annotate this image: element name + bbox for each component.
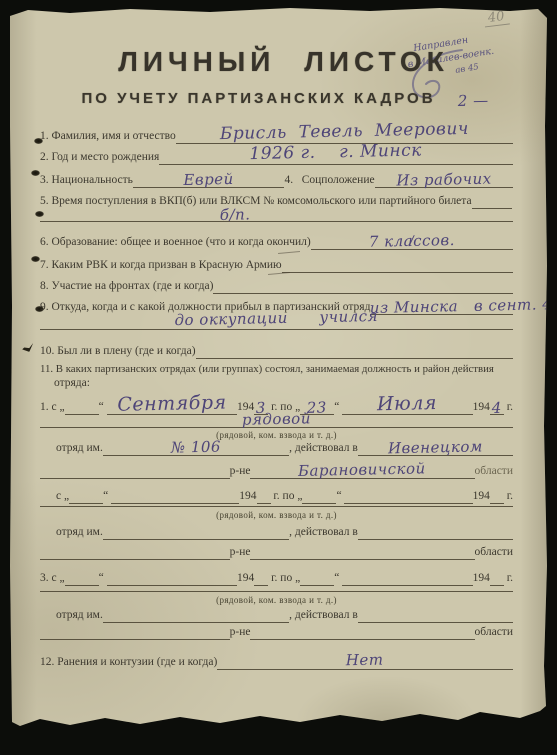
entry3-position [182,590,371,594]
field-social-value: Из рабочих [374,170,513,190]
field-social-line: Из рабочих [375,167,513,188]
field-fronts-label: 8. Участие на фронтах (где и когда) [40,280,213,294]
entry3-unit-row: отряд им. , действовал в [56,607,513,623]
entry1-district: Барановичской [250,459,474,481]
entry2-position-caption: (рядовой, ком. взвода и т. д.) [40,510,513,520]
entry1-unit-line: № 106 [103,437,289,456]
pencil-check-mark [21,343,34,353]
field-surname-label: 1. Фамилия, имя и отчество [40,130,176,144]
entry1-district-lead-line [40,460,230,479]
entry2-district-row: р-не области [40,544,513,560]
print-deystvoval: , действовал в [289,609,358,623]
field-units-header: 11. В каких партизанских отрядах (или гр… [40,362,527,376]
print-rne: р-не [230,465,251,479]
field-nationality-value: Еврей [133,170,285,190]
field-arrival-row2: до оккупации учился [40,312,513,330]
field-fronts-line [213,275,513,294]
entry2-district [250,557,474,562]
scanned-document-page: { "colors": { "paper": "#cdc7ac", "ink":… [0,0,557,755]
entry2-district-lead-line [40,543,230,560]
field-captivity-value [196,354,513,361]
field-captivity-label: 10. Был ли в плену (где и когда) [40,345,196,359]
field-rvk-line [282,254,513,273]
entry1-unit-row: отряд им. № 106 , действовал в Ивенецком [56,438,513,456]
entry3-district-line [250,625,474,640]
punch-hole [31,256,40,262]
entry2-district-line [250,543,474,560]
field-nationality-label: 3. Национальность [40,174,133,188]
print-oblasti: области [475,546,513,560]
field-education-row: 6. Образование: общее и военное (что и к… [40,232,513,250]
entry3-position-caption: (рядовой, ком. взвода и т. д.) [40,595,513,605]
entry1-position: рядовой [182,409,372,430]
entry1-position-row: рядовой [40,414,513,428]
field-units-header2: отряда: [54,377,513,391]
entry3-position-row [40,578,513,592]
entry1-region-line: Ивенецком [358,437,513,456]
field-education-label: 6. Образование: общее и военное (что и к… [40,236,311,250]
page-title: ЛИЧНЫЙ ЛИСТОК [10,46,547,78]
punch-hole [31,170,40,176]
entry1-unit: № 106 [102,437,289,458]
field-education-stray-mark: / [310,233,513,252]
field-wounds-value: Нет [217,649,513,672]
entry2-position [182,505,371,509]
entry1-district-line: Барановичской [250,460,474,479]
entry1-day1-line [65,390,99,415]
print-deystvoval: , действовал в [289,526,358,540]
field-birth-row: 2. Год и место рождения 1926 г. г. Минск [40,145,513,165]
print-otryad: отряд им. [56,526,103,540]
field-units-label2: отряда: [54,377,90,391]
entry2-unit-line [103,521,289,540]
entry1-year2-line: 4 [490,390,504,415]
field-education-line: 7 классов. / [311,231,513,250]
entry3-unit-line [103,606,289,623]
field-wounds-row: 12. Ранения и контузии (где и когда) Нет [40,652,513,670]
field-fronts-row: 8. Участие на фронтах (где и когда) [40,276,513,294]
print-deystvoval: , действовал в [289,442,358,456]
entry2-position-row [40,493,513,507]
print-rne: р-не [230,626,251,640]
entry2-region [358,539,513,542]
field-captivity-line [196,340,513,359]
field-arrival-line2: до оккупации учился [40,311,513,330]
print-otryad: отряд им. [56,442,103,456]
field-units-label: 11. В каких партизанских отрядах (или гр… [40,363,494,376]
entry2-unit [103,538,289,542]
entry1-position-line: рядовой [40,413,513,428]
entry2-unit-row: отряд им. , действовал в [56,522,513,540]
field-captivity-row: 10. Был ли в плену (где и когда) [40,341,513,359]
field-birth-value: 1926 г. г. Минск [159,140,513,167]
print-oblasti: области [475,626,513,640]
entry3-district [250,637,474,642]
field-rvk-row: 7. Каким РВК и когда призван в Красную А… [40,255,513,273]
field-party-value: б/п. [219,206,250,224]
field-birth-label: 2. Год и место рождения [40,151,159,165]
field-party-line2: б/п. [40,203,513,222]
field-nationality-line: Еврей [133,167,285,188]
handwritten-subtitle-mark: 2 — [458,91,489,110]
entry3-position-line [40,577,513,592]
field-party-row2: б/п. [40,204,513,222]
entry2-region-line [358,521,513,540]
paper-sheet: 40 Направлен в Могилев-военк. ав 45 ЛИЧН… [10,6,547,743]
field-wounds-line: Нет [217,651,513,670]
field-wounds-label: 12. Ранения и контузии (где и когда) [40,656,217,670]
entry1-district-row: р-не Барановичской области [40,461,513,479]
entry3-district-row: р-не области [40,626,513,640]
field-birth-line: 1926 г. г. Минск [159,144,513,165]
pencil-page-number: 40 [483,9,509,28]
field-social-label: 4. Соцположение [284,174,374,188]
field-nationality-row: 3. Национальность Еврей 4. Соцположение … [40,168,513,188]
print-otryad: отряд им. [56,609,103,623]
entry3-district-lead-line [40,625,230,640]
entry2-position-line [40,492,513,507]
entry3-region-line [358,606,513,623]
print-rne: р-не [230,546,251,560]
field-rvk-label: 7. Каким РВК и когда призван в Красную А… [40,259,282,273]
entry1-region: Ивенецком [357,438,513,458]
print-oblasti: области [475,465,513,479]
